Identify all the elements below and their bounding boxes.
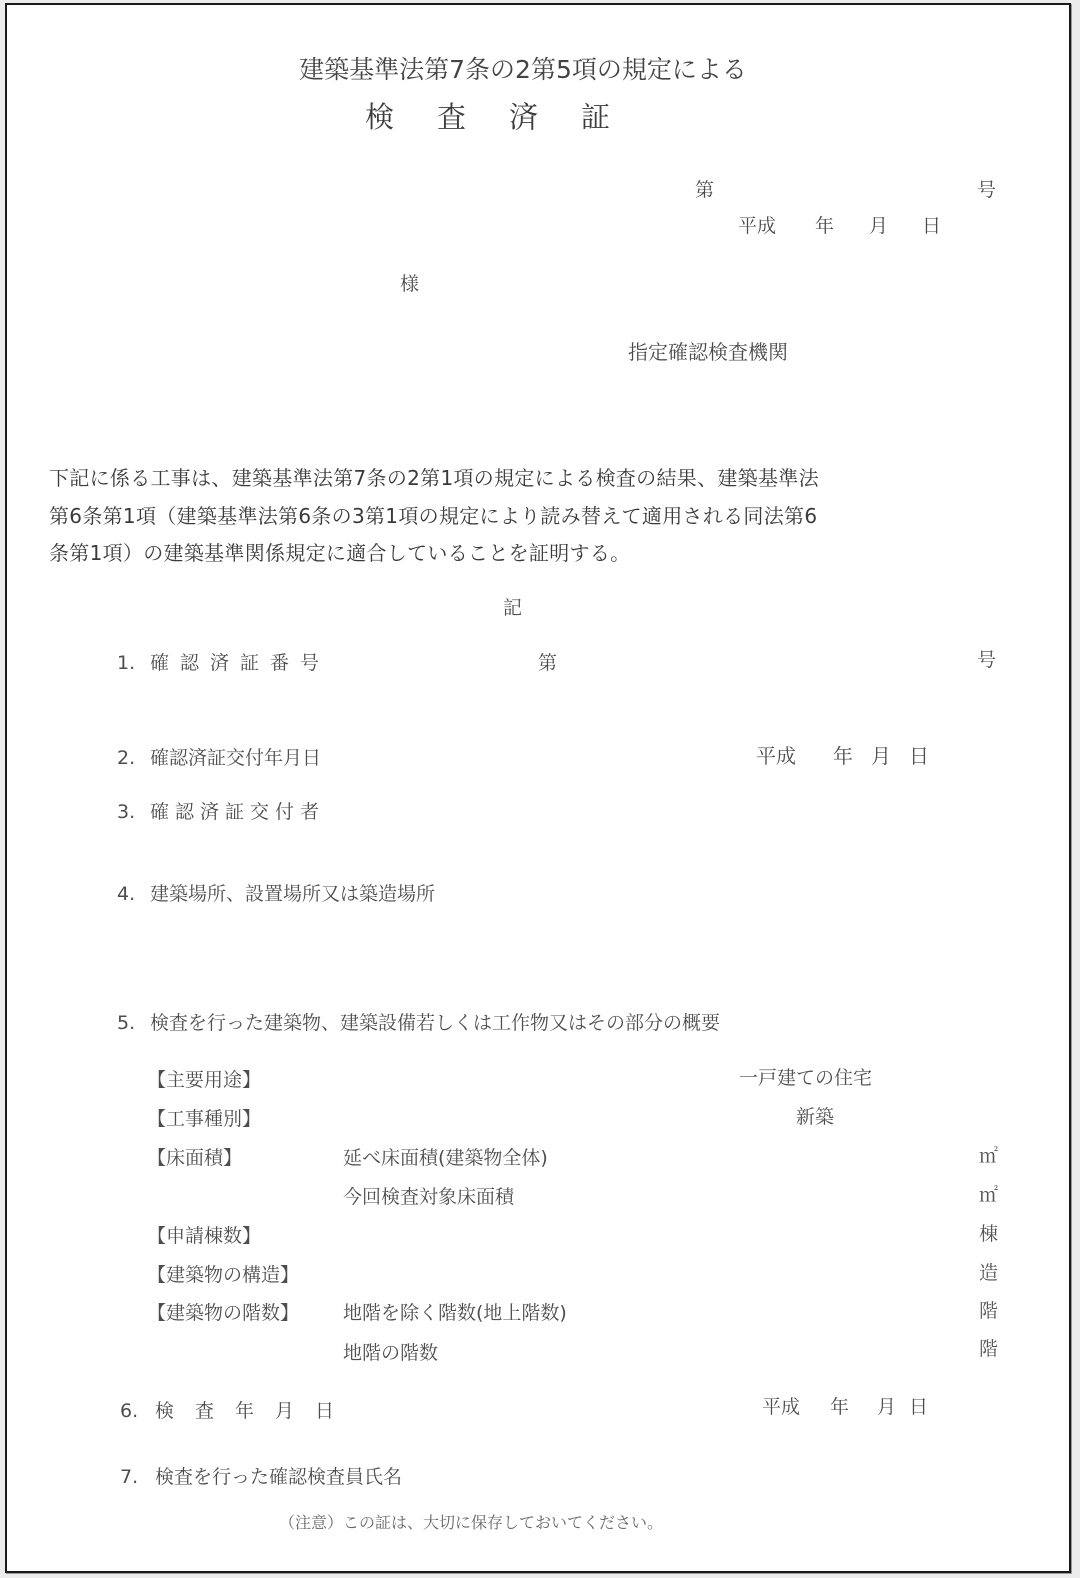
above-ground-floors-unit: 階: [979, 1302, 998, 1321]
item-2-label: 確認済証交付年月日: [150, 749, 321, 768]
item-1-suffix: 号: [977, 651, 996, 670]
structure-label: 【建築物の構造】: [147, 1266, 299, 1285]
floors-label: 【建築物の階数】: [147, 1304, 299, 1323]
addressee-suffix: 様: [400, 275, 419, 294]
item-6-year: 年: [830, 1398, 849, 1417]
item-2-month: 月: [871, 746, 891, 766]
main-use-label: 【主要用途】: [147, 1071, 261, 1090]
item-4-label: 建築場所、設置場所又は築造場所: [150, 885, 435, 904]
cert-number-prefix: 第: [695, 181, 714, 200]
item-1-number: 1.: [117, 654, 135, 673]
item-7-number: 7.: [120, 1468, 138, 1487]
basement-floors-label: 地階の階数: [343, 1344, 438, 1363]
item-6-number: 6.: [120, 1402, 138, 1421]
item-6-label: 検査年月日: [155, 1402, 355, 1421]
footer-note: （注意）この証は、大切に保存しておいてください。: [279, 1515, 663, 1531]
cert-number-suffix: 号: [977, 181, 996, 200]
issuer-label: 指定確認検査機関: [628, 342, 788, 362]
item-4-number: 4.: [117, 885, 135, 904]
total-floor-area-label: 延べ床面積(建築物全体): [343, 1149, 548, 1168]
above-ground-floors-label: 地階を除く階数(地上階数): [343, 1304, 567, 1323]
total-floor-area-unit: ㎡: [979, 1147, 998, 1166]
issue-date-day: 日: [922, 217, 941, 236]
item-1-prefix: 第: [538, 654, 557, 673]
document-title: 検査済証: [365, 103, 653, 132]
item-6-month: 月: [877, 1398, 896, 1417]
item-2-number: 2.: [117, 749, 135, 768]
issue-date-month: 月: [869, 217, 888, 236]
building-count-label: 【申請棟数】: [147, 1227, 261, 1246]
item-3-number: 3.: [117, 803, 135, 822]
main-use-value: 一戸建ての住宅: [739, 1069, 872, 1088]
item-7-label: 検査を行った確認検査員氏名: [155, 1468, 402, 1487]
structure-unit: 造: [979, 1264, 998, 1283]
certification-statement: 下記に係る工事は、建築基準法第7条の2第1項の規定による検査の結果、建築基準法 …: [49, 460, 989, 573]
ki-heading: 記: [503, 599, 522, 618]
work-type-label: 【工事種別】: [147, 1110, 261, 1129]
floor-area-label: 【床面積】: [147, 1149, 242, 1168]
item-6-day: 日: [909, 1398, 928, 1417]
basement-floors-unit: 階: [979, 1340, 998, 1359]
item-2-year: 年: [833, 746, 853, 766]
issue-date-year: 年: [815, 217, 834, 236]
item-2-day: 日: [909, 746, 929, 766]
statement-line-2: 第6条第1項（建築基準法第6条の3第1項の規定により読み替えて適用される同法第6: [49, 498, 989, 536]
certificate-page: 建築基準法第7条の2第5項の規定による 検査済証 第 号 平成 年 月 日 様 …: [5, 3, 1071, 1573]
item-2-era: 平成: [756, 746, 796, 766]
inspected-floor-area-label: 今回検査対象床面積: [343, 1188, 514, 1207]
statement-line-1: 下記に係る工事は、建築基準法第7条の2第1項の規定による検査の結果、建築基準法: [49, 460, 989, 498]
inspected-floor-area-unit: ㎡: [979, 1186, 998, 1205]
item-5-number: 5.: [117, 1014, 135, 1033]
document-subtitle: 建築基準法第7条の2第5項の規定による: [7, 57, 1069, 82]
work-type-value: 新築: [796, 1108, 834, 1127]
item-5-label: 検査を行った建築物、建築設備若しくは工作物又はその部分の概要: [150, 1014, 720, 1033]
statement-line-3: 条第1項）の建築基準関係規定に適合していることを証明する。: [49, 535, 989, 573]
item-3-label: 確認済証交付者: [150, 803, 325, 822]
item-1-label: 確認済証番号: [150, 654, 330, 673]
item-6-era: 平成: [762, 1398, 800, 1417]
issue-date-era: 平成: [738, 217, 776, 236]
building-count-unit: 棟: [979, 1225, 998, 1244]
